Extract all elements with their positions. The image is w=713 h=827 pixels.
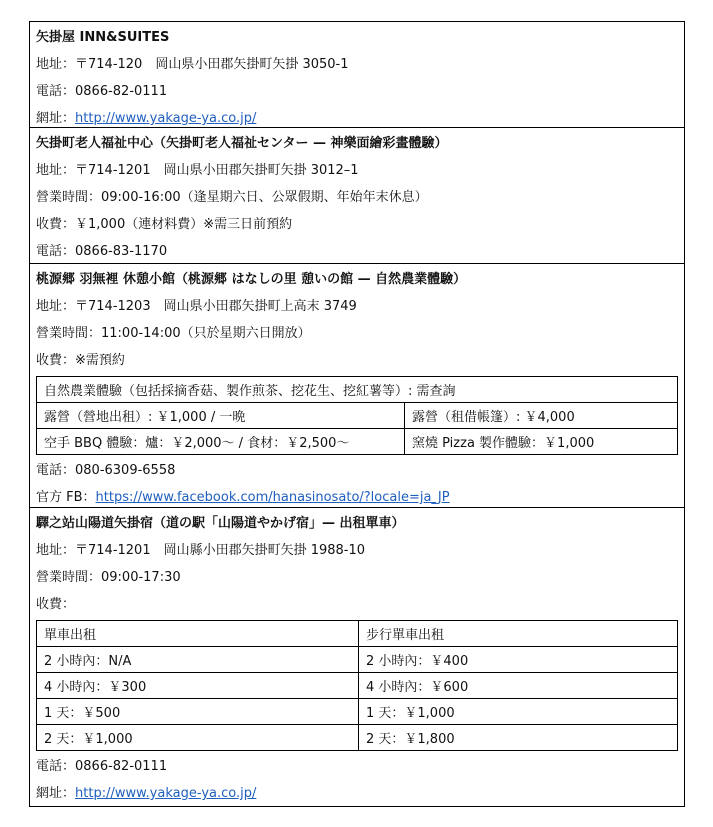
table-row: 2 小時內：N/A 2 小時內：￥400 — [37, 647, 678, 673]
address: 地址：〒714-1203 岡山県小田郡矢掛町上高末 3749 — [36, 293, 684, 320]
table-cell: 露營（營地出租）: ￥1,000 / 一晩 — [37, 403, 405, 429]
section-title: 矢掛屋 INN&SUITES — [36, 24, 684, 51]
table-cell: 窯燒 Pizza 製作體驗：￥1,000 — [405, 429, 678, 455]
table-cell: 自然農業體驗（包括採摘香菇、製作煎茶、挖花生、挖紅薯等）: 需查詢 — [37, 377, 678, 403]
table-cell: 2 天：￥1,000 — [37, 725, 359, 751]
website-label: 網址： — [36, 111, 75, 126]
website-label: 網址： — [36, 786, 75, 801]
facebook-link[interactable]: https://www.facebook.com/hanasinosato/?l… — [96, 490, 450, 505]
table-row: 1 天：￥500 1 天：￥1,000 — [37, 699, 678, 725]
section-title: 矢掛町老人福祉中心（矢掛町老人福祉センター — 神樂面繪彩畫體驗） — [36, 130, 684, 157]
address: 地址：〒714-1201 岡山県小田郡矢掛町矢掛 3012–1 — [36, 157, 684, 184]
phone: 電話：0866-83-1170 — [36, 238, 684, 265]
table-cell: 2 小時內：N/A — [37, 647, 359, 673]
bike-rental-table: 單車出租 步行單車出租 2 小時內：N/A 2 小時內：￥400 4 小時內：￥… — [36, 620, 678, 751]
table-header: 單車出租 — [37, 621, 359, 647]
fee: 收費： — [36, 591, 684, 618]
section-michi-no-eki: 驛之站山陽道矢掛宿（道の駅「山陽道やかげ宿」— 出租單車） 地址：〒714-12… — [30, 508, 684, 806]
table-row: 4 小時內：￥300 4 小時內：￥600 — [37, 673, 678, 699]
facebook-row: 官方 FB：https://www.facebook.com/hanasinos… — [36, 484, 684, 511]
table-header-row: 單車出租 步行單車出租 — [37, 621, 678, 647]
hours: 營業時間：09:00-17:30 — [36, 564, 684, 591]
table-cell: 1 天：￥500 — [37, 699, 359, 725]
website-row: 網址：http://www.yakage-ya.co.jp/ — [36, 780, 684, 807]
section-hanashi-no-sato: 桃源郷 羽無裡 休憩小館（桃源郷 はなしの里 憩いの館 — 自然農業體驗） 地址… — [30, 264, 684, 508]
fee: 收費：※需預約 — [36, 347, 684, 374]
section-yakageya-inn: 矢掛屋 INN&SUITES 地址：〒714-120 岡山県小田郡矢掛町矢掛 3… — [30, 22, 684, 128]
address: 地址：〒714-1201 岡山縣小田郡矢掛町矢掛 1988-10 — [36, 537, 684, 564]
section-welfare-center: 矢掛町老人福祉中心（矢掛町老人福祉センター — 神樂面繪彩畫體驗） 地址：〒71… — [30, 128, 684, 264]
table-cell: 露營（租借帳篷）: ￥4,000 — [405, 403, 678, 429]
table-cell: 1 天：￥1,000 — [359, 699, 678, 725]
table-row: 露營（營地出租）: ￥1,000 / 一晩 露營（租借帳篷）: ￥4,000 — [37, 403, 678, 429]
section-title: 桃源郷 羽無裡 休憩小館（桃源郷 はなしの里 憩いの館 — 自然農業體驗） — [36, 266, 684, 293]
phone: 電話：0866-82-0111 — [36, 753, 684, 780]
hours: 營業時間：11:00-14:00（只於星期六日開放） — [36, 320, 684, 347]
table-header: 步行單車出租 — [359, 621, 678, 647]
hours: 營業時間：09:00-16:00（逢星期六日、公眾假期、年始年末休息） — [36, 184, 684, 211]
website-link[interactable]: http://www.yakage-ya.co.jp/ — [75, 786, 256, 801]
fee: 收費：￥1,000（連材料費）※需三日前預約 — [36, 211, 684, 238]
section-title: 驛之站山陽道矢掛宿（道の駅「山陽道やかげ宿」— 出租單車） — [36, 510, 684, 537]
phone: 電話：0866-82-0111 — [36, 78, 684, 105]
table-cell: 4 小時內：￥600 — [359, 673, 678, 699]
table-cell: 2 小時內：￥400 — [359, 647, 678, 673]
table-cell: 2 天：￥1,800 — [359, 725, 678, 751]
table-cell: 空手 BBQ 體驗：爐：￥2,000～ / 食材：￥2,500～ — [37, 429, 405, 455]
table-row: 空手 BBQ 體驗：爐：￥2,000～ / 食材：￥2,500～ 窯燒 Pizz… — [37, 429, 678, 455]
table-cell: 4 小時內：￥300 — [37, 673, 359, 699]
table-row: 2 天：￥1,000 2 天：￥1,800 — [37, 725, 678, 751]
website-link[interactable]: http://www.yakage-ya.co.jp/ — [75, 111, 256, 126]
activity-price-table: 自然農業體驗（包括採摘香菇、製作煎茶、挖花生、挖紅薯等）: 需查詢 露營（營地出… — [36, 376, 678, 455]
table-row: 自然農業體驗（包括採摘香菇、製作煎茶、挖花生、挖紅薯等）: 需查詢 — [37, 377, 678, 403]
facebook-label: 官方 FB： — [36, 490, 96, 505]
address: 地址：〒714-120 岡山県小田郡矢掛町矢掛 3050-1 — [36, 51, 684, 78]
info-document: 矢掛屋 INN&SUITES 地址：〒714-120 岡山県小田郡矢掛町矢掛 3… — [29, 21, 685, 807]
phone: 電話：080-6309-6558 — [36, 457, 684, 484]
